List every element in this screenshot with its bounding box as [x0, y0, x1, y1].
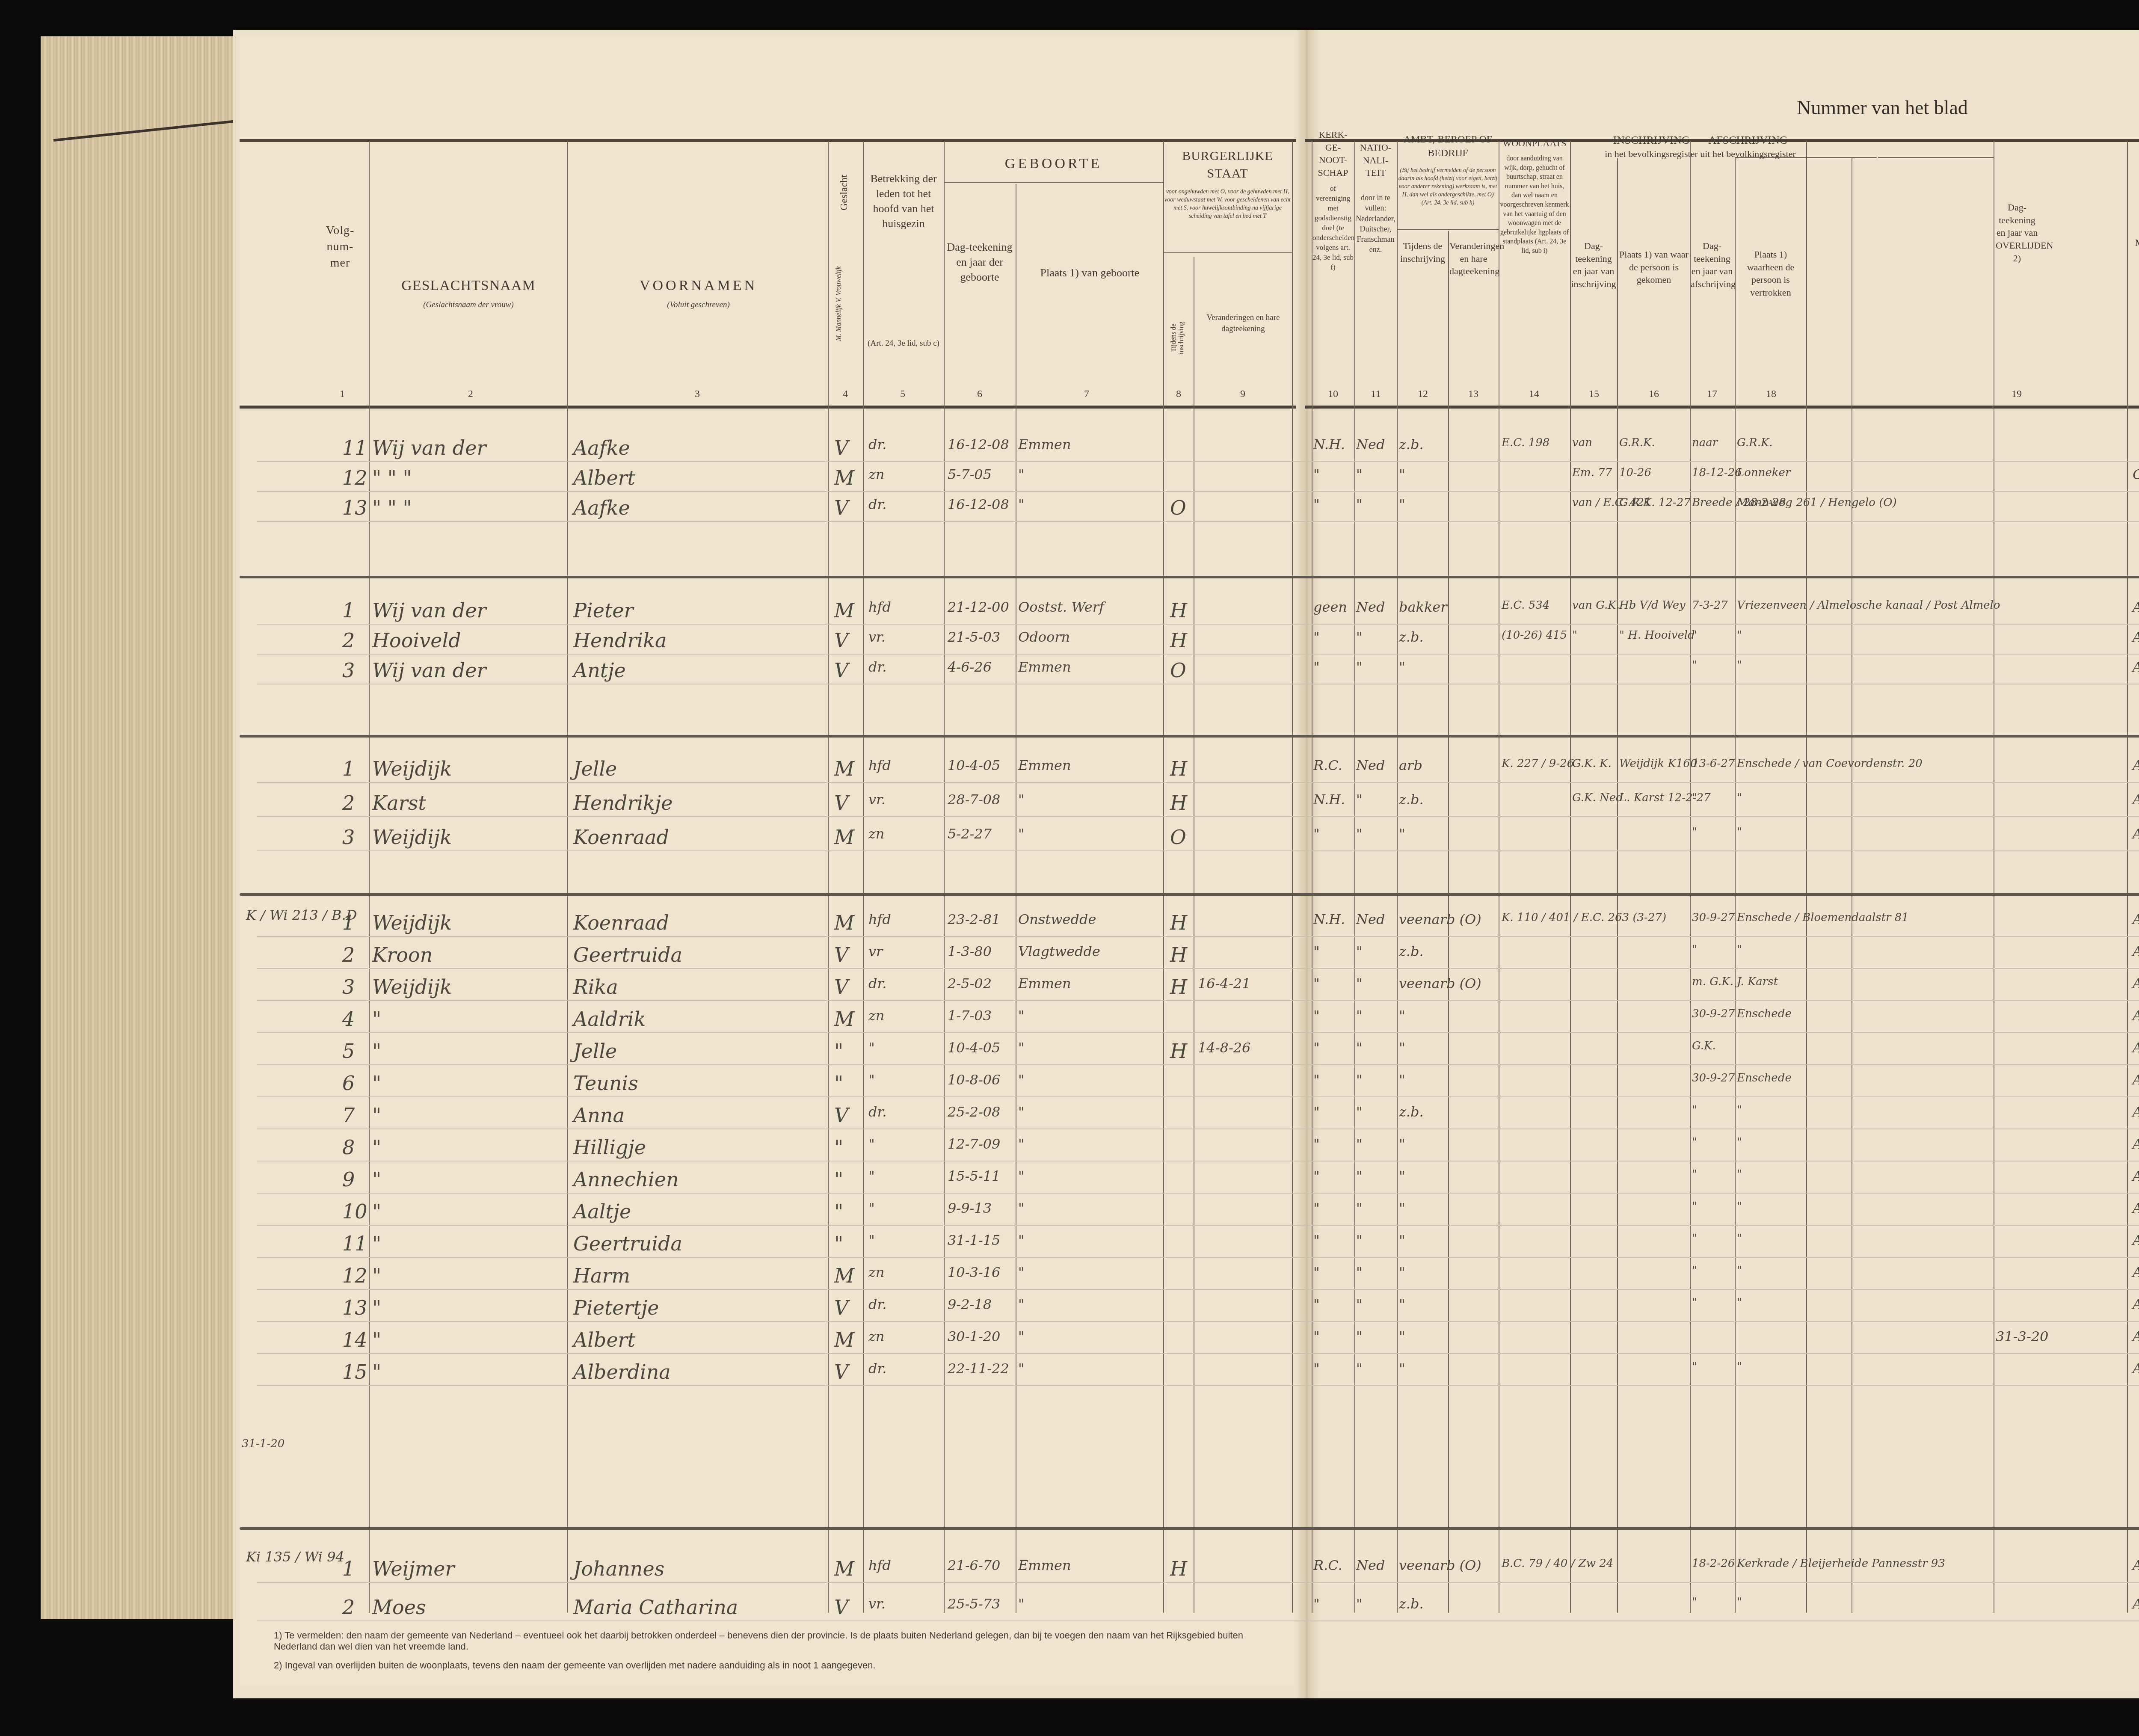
cell-surname: "	[372, 1360, 381, 1383]
col-number: 18	[1763, 387, 1780, 401]
cell-sex: M	[834, 911, 854, 934]
cell-place: "	[1018, 1232, 1025, 1248]
household-separator	[240, 735, 2139, 738]
cell-occ: veenarb (O)	[1399, 1557, 1481, 1573]
col-12-header: Tijdens de inschrijving	[1398, 240, 1447, 265]
cell-given: Koenraad	[573, 911, 669, 934]
cell-born: 21-12-00	[948, 599, 1009, 615]
cell-given: Harm	[573, 1264, 630, 1287]
cell-nat: "	[1356, 1264, 1363, 1280]
cell-note: A.C.C.	[2133, 1072, 2139, 1088]
cell-given: Johannes	[573, 1557, 664, 1580]
col-14-header: WOONPLAATS	[1500, 137, 1569, 150]
cell-occ: veenarb (O)	[1399, 975, 1481, 992]
cell-place: Emmen	[1018, 757, 1071, 773]
cell-sex: "	[834, 1168, 843, 1191]
cell-nr: 3	[342, 975, 355, 998]
cell-out-date: "	[1692, 629, 1697, 642]
cell-nat: "	[1356, 1200, 1363, 1216]
cell-nr: 2	[342, 629, 355, 652]
cell-surname: Wij van der	[372, 659, 486, 682]
cell-note: O.R.	[2133, 466, 2139, 483]
cell-surname: Moes	[372, 1596, 426, 1619]
cell-nr: 11	[342, 1232, 367, 1255]
cell-given: Teunis	[573, 1072, 638, 1095]
cell-born: 28-7-08	[948, 791, 1000, 808]
cell-born: 16-12-08	[948, 496, 1009, 513]
cell-given: Pietertje	[573, 1296, 659, 1319]
cell-church: "	[1313, 466, 1320, 483]
cell-out-date: "	[1692, 1168, 1697, 1181]
cell-given: Albert	[573, 1328, 635, 1351]
cell-nr: 12	[342, 466, 367, 489]
col-number: 2	[462, 387, 479, 401]
cell-out-date: "	[1692, 659, 1697, 672]
cell-church: "	[1313, 1264, 1320, 1280]
cell-note: A.C.C.	[2133, 659, 2139, 675]
cell-nat: "	[1356, 1232, 1363, 1248]
cell-occ: z.b.	[1399, 436, 1424, 453]
cell-church: N.H.	[1313, 436, 1345, 453]
cell-nat: Ned	[1356, 436, 1385, 453]
cell-in-date: Em. 77	[1572, 466, 1612, 479]
cell-out-date: "	[1692, 1200, 1697, 1213]
cell-sex: V	[834, 496, 848, 519]
col-14-sub: door aanduiding van wijk, dorp, gehucht …	[1500, 154, 1569, 256]
margin-note: Ki 135 / Wi 94	[246, 1549, 344, 1565]
cell-occ: arb	[1399, 757, 1422, 773]
cell-note: A.C.C.	[2133, 1360, 2139, 1377]
cell-church: N.H.	[1313, 791, 1345, 808]
cell-out-date: "	[1692, 1296, 1697, 1309]
col-number: 11	[1367, 387, 1384, 401]
cell-cs-change: 14-8-26	[1198, 1040, 1250, 1056]
cell-nat: Ned	[1356, 1557, 1385, 1573]
cell-born: 9-9-13	[948, 1200, 992, 1216]
cell-occ: "	[1399, 1360, 1405, 1377]
cell-surname: " " "	[372, 496, 412, 519]
cell-surname: Weijmer	[372, 1557, 455, 1580]
header-bottom-rule	[240, 406, 1296, 409]
cell-nr: 2	[342, 791, 355, 815]
cell-cs: O	[1170, 659, 1186, 682]
cell-given: Pieter	[573, 599, 634, 622]
cell-born: 30-1-20	[948, 1328, 1000, 1345]
cell-occ: veenarb (O)	[1399, 911, 1481, 927]
cell-out-date: naar	[1692, 436, 1718, 449]
cell-cs: H	[1170, 1040, 1187, 1063]
cell-nat: "	[1356, 1040, 1363, 1056]
burgerlijke-staat-header: BURGERLIJKE STAAT	[1164, 148, 1291, 182]
cell-given: Antje	[573, 659, 626, 682]
col-11-sub: door in te vullen: Nederlander, Duitsche…	[1355, 193, 1396, 255]
cell-nat: "	[1356, 1168, 1363, 1184]
cell-cs: H	[1170, 975, 1187, 998]
household-separator	[240, 576, 2139, 578]
cell-sex: V	[834, 1360, 848, 1383]
cell-born: 10-3-16	[948, 1264, 1000, 1280]
cell-place: "	[1018, 1007, 1025, 1024]
cell-born: 25-5-73	[948, 1596, 1000, 1612]
cell-cs: H	[1170, 943, 1187, 966]
cell-out-date: "	[1692, 1264, 1697, 1277]
cell-in-place: " H. Hooiveld	[1619, 629, 1695, 642]
cell-surname: Hooiveld	[372, 629, 461, 652]
burgerlijke-staat-sub: voor ongehuwden met O, voor de gehuwden …	[1164, 188, 1291, 221]
cell-occ: "	[1399, 1040, 1405, 1056]
cell-place: Odoorn	[1018, 629, 1070, 645]
cell-place: Emmen	[1018, 436, 1071, 453]
cell-in-place: G.R.K. 12-27	[1619, 496, 1691, 509]
col-number: 5	[894, 387, 911, 401]
col-number: 6	[971, 387, 988, 401]
cell-occ: "	[1399, 659, 1405, 675]
cell-cs: H	[1170, 629, 1187, 652]
col-number: 12	[1414, 387, 1431, 401]
cell-occ: "	[1399, 496, 1405, 513]
cell-surname: "	[372, 1136, 381, 1159]
cell-addr: K. 227 / 9-26	[1502, 757, 1574, 770]
col-6-header: Dag-teekening en jaar der geboorte	[945, 240, 1014, 284]
household-separator	[240, 893, 2139, 896]
cell-note: A.C.C.	[2133, 1040, 2139, 1056]
cell-sex: M	[834, 599, 854, 622]
col-number: 7	[1078, 387, 1095, 401]
cell-church: "	[1313, 1328, 1320, 1345]
col-2-header: GESLACHTSNAAM	[372, 276, 565, 296]
cell-nr: 10	[342, 1200, 367, 1223]
cell-born: 9-2-18	[948, 1296, 992, 1312]
cell-place: Oostst. Werf	[1018, 599, 1104, 615]
cell-out-date: "	[1692, 1360, 1697, 1373]
col-number: 4	[837, 387, 854, 401]
cell-given: Hendrika	[573, 629, 667, 652]
col-11-header: NATIO-NALI-TEIT	[1355, 141, 1396, 179]
cell-place: "	[1018, 1596, 1025, 1612]
cell-out-place: Enschede	[1737, 1072, 1792, 1084]
cell-out-place: "	[1737, 1596, 1742, 1609]
cell-note: A.C.C.	[2133, 1328, 2139, 1345]
col-5-sub: (Art. 24, 3e lid, sub c)	[864, 338, 943, 349]
cell-cs: H	[1170, 911, 1187, 934]
cell-rel: dr.	[868, 496, 886, 513]
cell-in-place: Weijdijk K160	[1619, 757, 1697, 770]
cell-born: 16-12-08	[948, 436, 1009, 453]
cell-out-date: "	[1692, 943, 1697, 956]
cell-born: 4-6-26	[948, 659, 992, 675]
cell-cs-change: 16-4-21	[1198, 975, 1250, 992]
cell-rel: hfd	[868, 1557, 891, 1573]
cell-sex: V	[834, 1596, 848, 1619]
cell-place: Emmen	[1018, 1557, 1071, 1573]
cell-given: Geertruida	[573, 1232, 682, 1255]
cell-nr: 6	[342, 1072, 355, 1095]
cell-given: Rika	[573, 975, 618, 998]
cell-out-date: G.K.	[1692, 1040, 1716, 1052]
cell-note: A.C.C.	[2133, 791, 2139, 808]
cell-out-date: 30-9-27	[1692, 1072, 1735, 1084]
cell-born: 12-7-09	[948, 1136, 1000, 1152]
cell-note: A.C.C.	[2133, 1264, 2139, 1280]
cell-rel: zn	[868, 1007, 884, 1024]
col-number: 16	[1645, 387, 1662, 401]
cell-sex: M	[834, 826, 854, 849]
col-20-sub: (Art. 24, 5e lid)	[2128, 257, 2139, 268]
cell-nr: 2	[342, 1596, 355, 1619]
cell-nat: "	[1356, 943, 1363, 960]
cell-out-place: Lonneker	[1737, 466, 1790, 479]
cell-in-date: van	[1572, 436, 1592, 449]
cell-out-date: "	[1692, 1232, 1697, 1245]
cell-given: Hilligje	[573, 1136, 646, 1159]
col-2-sub: (Geslachtsnaam der vrouw)	[372, 299, 565, 311]
cell-church: "	[1313, 1200, 1320, 1216]
col-9-header: Veranderingen en hare dagteekening	[1196, 312, 1291, 334]
cell-out-place: "	[1737, 1136, 1742, 1149]
cell-note: A.C.C.	[2133, 975, 2139, 992]
cell-rel: zn	[868, 826, 884, 842]
cell-surname: "	[372, 1168, 381, 1191]
cell-nr: 11	[342, 436, 367, 459]
cell-out-date: 18-12-26	[1692, 466, 1742, 479]
cell-nr: 2	[342, 943, 355, 966]
col-13-header: Veranderingen en hare dagteekening	[1449, 240, 1498, 278]
sheet-number-label: Nummer van het blad	[1797, 96, 1968, 119]
cell-place: "	[1018, 496, 1025, 513]
cell-rel: "	[868, 1232, 875, 1248]
cell-out-date: 30-9-27	[1692, 911, 1735, 924]
cell-place: "	[1018, 1168, 1025, 1184]
cell-sex: M	[834, 1557, 854, 1580]
cell-surname: "	[372, 1104, 381, 1127]
cell-out-place: Kerkrade / Bleijerheide Pannesstr 93	[1737, 1557, 1945, 1570]
cell-rel: vr.	[868, 629, 886, 645]
cell-nr: 15	[342, 1360, 367, 1383]
cell-note: A.C.C.	[2133, 757, 2139, 773]
cell-out-place: "	[1737, 1168, 1742, 1181]
cell-church: "	[1313, 1072, 1320, 1088]
cell-given: Jelle	[573, 757, 617, 780]
cell-nr: 1	[342, 757, 355, 780]
cell-place: "	[1018, 1200, 1025, 1216]
cell-given: Jelle	[573, 1040, 617, 1063]
cell-note: A.C.C.	[2133, 1007, 2139, 1024]
margin-date: 31-1-20	[242, 1437, 284, 1450]
cell-occ: "	[1399, 1264, 1405, 1280]
afschrijving-group-header: AFSCHRIJVING	[1691, 133, 1805, 148]
cell-note: A.C.C.	[2133, 1200, 2139, 1216]
cell-church: R.C.	[1313, 1557, 1342, 1573]
cell-born: 15-5-11	[948, 1168, 1000, 1184]
cell-in-place: Hb V/d Wey	[1619, 599, 1686, 612]
cell-place: Vlagtwedde	[1018, 943, 1100, 960]
cell-cs: H	[1170, 599, 1187, 622]
cell-cs: O	[1170, 496, 1186, 519]
cell-church: N.H.	[1313, 911, 1345, 927]
cell-surname: Karst	[372, 791, 426, 815]
ambt-group-header: AMBT, BEROEP OF BEDRIJF	[1398, 133, 1498, 160]
cell-sex: M	[834, 466, 854, 489]
cell-occ: "	[1399, 1072, 1405, 1088]
cell-occ: "	[1399, 1200, 1405, 1216]
cell-nat: "	[1356, 1136, 1363, 1152]
cell-addr: K. 110 / 401 / E.C. 263 (3-27)	[1502, 911, 1666, 924]
col-8-header: Tijdens de inschrijving	[1170, 308, 1185, 368]
cell-church: R.C.	[1313, 757, 1342, 773]
cell-note: A.C.C.	[2133, 1596, 2139, 1612]
cell-death: 31-3-20	[1996, 1328, 2048, 1345]
cell-nat: "	[1356, 496, 1363, 513]
cell-in-date: G.K. Ned	[1572, 791, 1623, 804]
col-number: 10	[1324, 387, 1342, 401]
cell-nr: 13	[342, 496, 367, 519]
cell-occ: "	[1399, 1168, 1405, 1184]
cell-out-date: "	[1692, 791, 1697, 804]
cell-in-place: G.R.K.	[1619, 436, 1655, 449]
footnote-2: 2) Ingeval van overlijden buiten de woon…	[274, 1660, 1258, 1671]
cell-place: "	[1018, 1264, 1025, 1280]
cell-nr: 5	[342, 1040, 355, 1063]
cell-sex: M	[834, 1007, 854, 1031]
cell-church: "	[1313, 1104, 1320, 1120]
col-16-header: Plaats 1) van waar de persoon is gekomen	[1619, 248, 1689, 286]
cell-nat: Ned	[1356, 911, 1385, 927]
cell-given: Aaldrik	[573, 1007, 646, 1031]
cell-sex: M	[834, 757, 854, 780]
cell-in-place: 10-26	[1619, 466, 1651, 479]
cell-nat: "	[1356, 1007, 1363, 1024]
cell-surname: "	[372, 1328, 381, 1351]
cell-in-date: "	[1572, 629, 1577, 642]
cell-born: 10-8-06	[948, 1072, 1000, 1088]
cell-out-place: "	[1737, 1232, 1742, 1245]
cell-nr: 14	[342, 1328, 367, 1351]
cell-in-date: van G.K.	[1572, 599, 1620, 612]
cell-note: A.C.C.	[2133, 826, 2139, 842]
cell-surname: "	[372, 1232, 381, 1255]
cell-out-date: "	[1692, 826, 1697, 838]
col-20-header: AAN-MERKINGEN	[2128, 222, 2139, 250]
cell-born: 21-5-03	[948, 629, 1000, 645]
cell-nat: "	[1356, 466, 1363, 483]
cell-given: Aafke	[573, 436, 630, 459]
cell-rel: hfd	[868, 599, 891, 615]
cell-surname: "	[372, 1264, 381, 1287]
cell-born: 1-7-03	[948, 1007, 992, 1024]
cell-addr: E.C. 198	[1502, 436, 1549, 449]
cell-note: A.C.C.	[2133, 599, 2139, 615]
afschrijving-group-sub: uit het bevolkingsregister	[1691, 148, 1805, 160]
cell-given: Aafke	[573, 496, 630, 519]
col-number: 3	[689, 387, 706, 401]
cell-rel: vr.	[868, 1596, 886, 1612]
cell-church: "	[1313, 826, 1320, 842]
cell-place: "	[1018, 1136, 1025, 1152]
cell-nat: "	[1356, 975, 1363, 992]
cell-born: 5-2-27	[948, 826, 992, 842]
cell-out-date: "	[1692, 1136, 1697, 1149]
cell-occ: "	[1399, 1007, 1405, 1024]
cell-church: geen	[1313, 599, 1347, 615]
cell-out-place: "	[1737, 1264, 1742, 1277]
cell-note: A.C.C.	[2133, 1104, 2139, 1120]
cell-rel: zn	[868, 1328, 884, 1345]
cell-church: "	[1313, 975, 1320, 992]
cell-born: 25-2-08	[948, 1104, 1000, 1120]
cell-rel: "	[868, 1136, 875, 1152]
cell-occ: "	[1399, 826, 1405, 842]
cell-rel: dr.	[868, 1104, 886, 1120]
cell-out-place: "	[1737, 629, 1742, 642]
cell-cs: H	[1170, 791, 1187, 815]
cell-nat: "	[1356, 1296, 1363, 1312]
col-17-header: Dag-teekening en jaar van afschrijving	[1691, 240, 1733, 290]
cell-nr: 3	[342, 826, 355, 849]
cell-occ: z.b.	[1399, 629, 1424, 645]
cell-rel: vr	[868, 943, 883, 960]
cell-surname: "	[372, 1072, 381, 1095]
col-number: 1	[334, 387, 351, 401]
cell-surname: "	[372, 1040, 381, 1063]
cell-given: Hendrikje	[573, 791, 673, 815]
book-page-stack	[41, 36, 242, 1619]
cell-given: Albert	[573, 466, 635, 489]
cell-sex: "	[834, 1040, 843, 1063]
cell-nat: "	[1356, 1328, 1363, 1345]
cell-church: "	[1313, 1360, 1320, 1377]
cell-out-place: Enschede	[1737, 1007, 1792, 1020]
cell-out-place: Enschede / van Coevordenstr. 20	[1737, 757, 1923, 770]
cell-occ: "	[1399, 1136, 1405, 1152]
cell-out-place: J. Karst	[1737, 975, 1778, 988]
cell-rel: hfd	[868, 911, 891, 927]
cell-out-date: 18-2-26	[1692, 1557, 1735, 1570]
cell-surname: " " "	[372, 466, 412, 489]
book-gutter	[1294, 30, 1320, 1698]
geboorte-group-header: GEBOORTE	[945, 154, 1161, 174]
cell-occ: "	[1399, 1296, 1405, 1312]
cell-rel: zn	[868, 466, 884, 483]
cell-rel: vr.	[868, 791, 886, 808]
col-1-header: Volg- num- mer	[317, 222, 364, 271]
cell-sex: V	[834, 629, 848, 652]
header-top-rule	[240, 139, 1296, 142]
cell-surname: Weijdijk	[372, 757, 452, 780]
cell-occ: "	[1399, 466, 1405, 483]
cell-born: 21-6-70	[948, 1557, 1000, 1573]
cell-church: "	[1313, 1136, 1320, 1152]
cell-out-place: "	[1737, 1200, 1742, 1213]
cell-place: "	[1018, 1328, 1025, 1345]
cell-surname: Weijdijk	[372, 975, 452, 998]
cell-sex: V	[834, 659, 848, 682]
cell-rel: "	[868, 1040, 875, 1056]
cell-out-place: Mannweg 261 / Hengelo (O)	[1737, 496, 1897, 509]
cell-born: 10-4-05	[948, 1040, 1000, 1056]
cell-surname: Wij van der	[372, 436, 486, 459]
col-number: 14	[1526, 387, 1543, 401]
cell-nat: "	[1356, 629, 1363, 645]
cell-sex: V	[834, 791, 848, 815]
cell-surname: "	[372, 1007, 381, 1031]
cell-nr: 12	[342, 1264, 367, 1287]
cell-sex: V	[834, 975, 848, 998]
cell-occ: z.b.	[1399, 943, 1424, 960]
col-3-header: VOORNAMEN	[571, 276, 826, 296]
cell-nr: 4	[342, 1007, 355, 1031]
cell-church: "	[1313, 496, 1320, 513]
cell-rel: "	[868, 1200, 875, 1216]
